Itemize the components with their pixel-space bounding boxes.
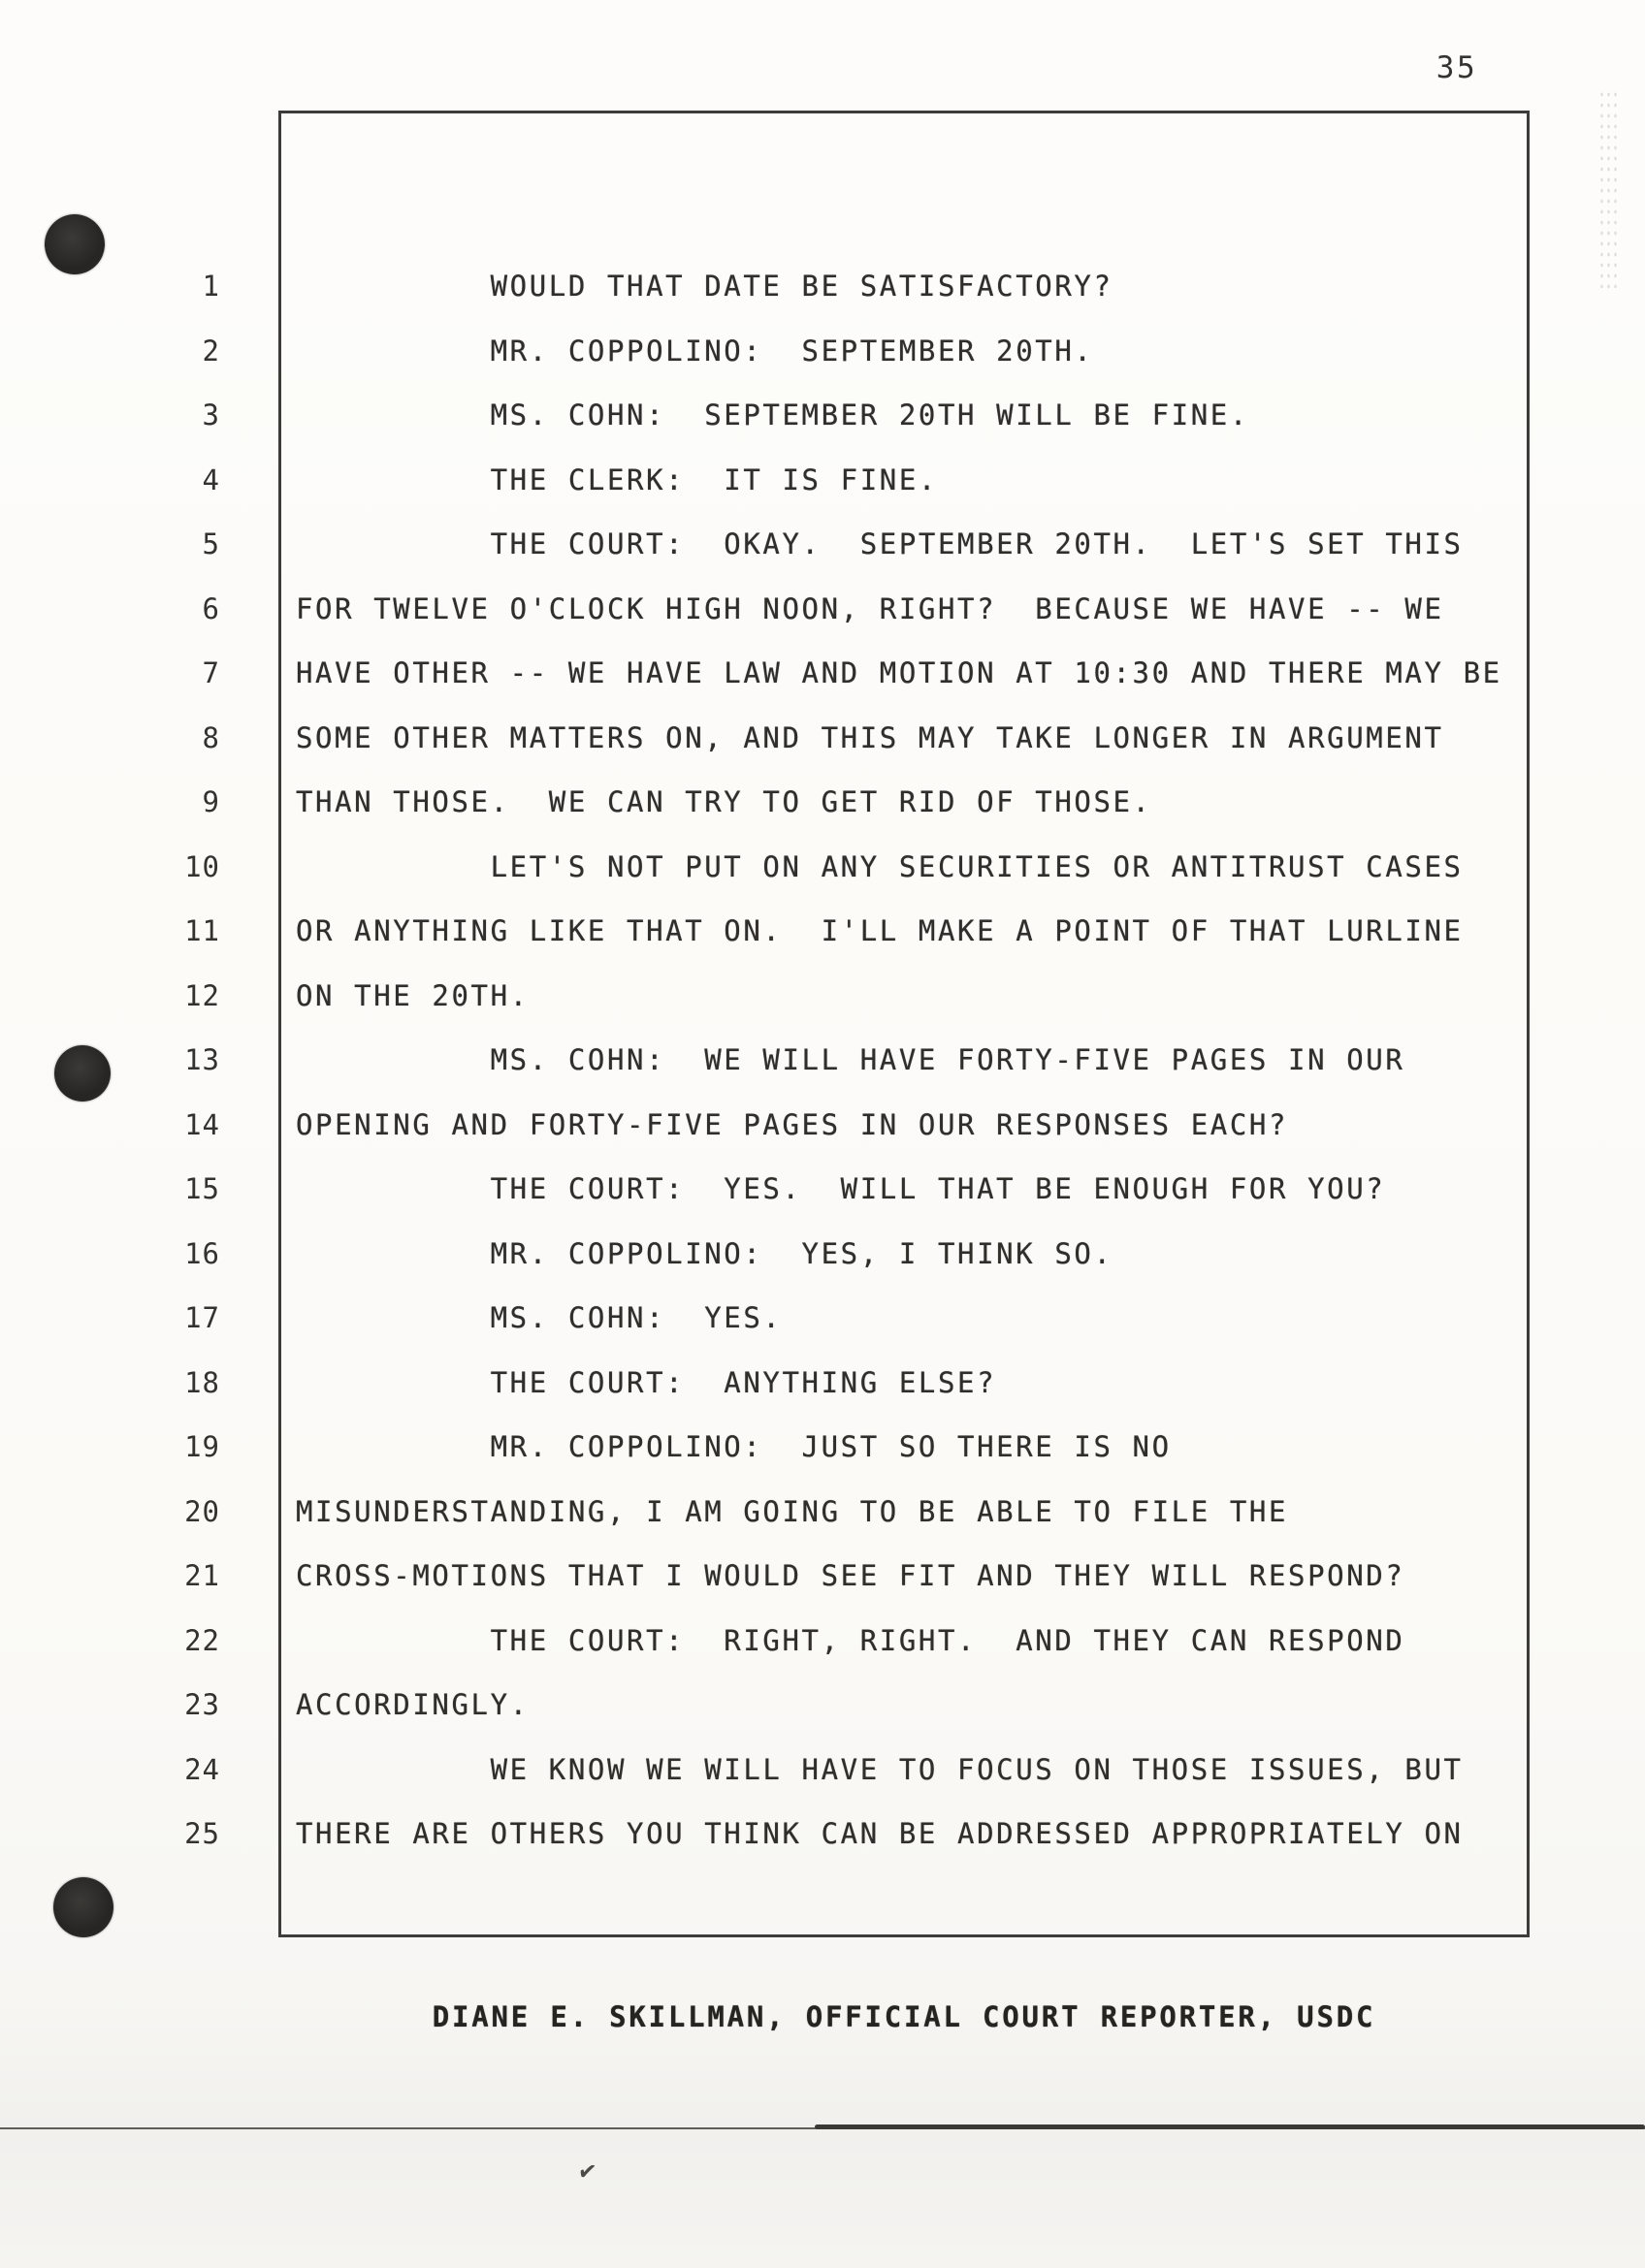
transcript-line: 13 MS. COHN: WE WILL HAVE FORTY-FIVE PAG… xyxy=(136,1028,1532,1093)
line-text: OPENING AND FORTY-FIVE PAGES IN OUR RESP… xyxy=(249,1093,1288,1158)
line-number: 2 xyxy=(136,319,249,384)
line-number: 25 xyxy=(136,1802,249,1867)
line-number: 3 xyxy=(136,383,249,448)
transcript-line: 17 MS. COHN: YES. xyxy=(136,1286,1532,1351)
transcript-lines: 1 WOULD THAT DATE BE SATISFACTORY?2 MR. … xyxy=(136,254,1532,1867)
transcript-page: 35 1 WOULD THAT DATE BE SATISFACTORY?2 M… xyxy=(0,0,1645,2268)
line-text: WOULD THAT DATE BE SATISFACTORY? xyxy=(249,254,1113,319)
line-text: THERE ARE OTHERS YOU THINK CAN BE ADDRES… xyxy=(249,1802,1464,1867)
line-number: 11 xyxy=(136,899,249,964)
transcript-line: 7HAVE OTHER -- WE HAVE LAW AND MOTION AT… xyxy=(136,641,1532,706)
transcript-line: 25THERE ARE OTHERS YOU THINK CAN BE ADDR… xyxy=(136,1802,1532,1867)
line-text: MS. COHN: SEPTEMBER 20TH WILL BE FINE. xyxy=(249,383,1249,448)
page-number: 35 xyxy=(1418,50,1496,85)
line-number: 24 xyxy=(136,1738,249,1803)
scan-edge-line-dark xyxy=(815,2124,1645,2129)
transcript-line: 22 THE COURT: RIGHT, RIGHT. AND THEY CAN… xyxy=(136,1609,1532,1674)
scan-mark-artifact: ✔ xyxy=(576,2157,598,2188)
line-number: 9 xyxy=(136,770,249,835)
transcript-line: 24 WE KNOW WE WILL HAVE TO FOCUS ON THOS… xyxy=(136,1738,1532,1803)
line-number: 15 xyxy=(136,1157,249,1222)
punch-hole-middle xyxy=(54,1045,111,1102)
line-number: 6 xyxy=(136,577,249,642)
line-text: LET'S NOT PUT ON ANY SECURITIES OR ANTIT… xyxy=(249,835,1464,900)
line-text: THE COURT: OKAY. SEPTEMBER 20TH. LET'S S… xyxy=(249,512,1464,577)
line-number: 21 xyxy=(136,1544,249,1609)
transcript-line: 1 WOULD THAT DATE BE SATISFACTORY? xyxy=(136,254,1532,319)
line-number: 4 xyxy=(136,448,249,513)
transcript-line: 10 LET'S NOT PUT ON ANY SECURITIES OR AN… xyxy=(136,835,1532,900)
scan-noise-artifact xyxy=(1598,89,1618,288)
transcript-line: 6FOR TWELVE O'CLOCK HIGH NOON, RIGHT? BE… xyxy=(136,577,1532,642)
line-text: SOME OTHER MATTERS ON, AND THIS MAY TAKE… xyxy=(249,706,1444,771)
line-text: WE KNOW WE WILL HAVE TO FOCUS ON THOSE I… xyxy=(249,1738,1464,1803)
line-number: 1 xyxy=(136,254,249,319)
punch-hole-bottom xyxy=(53,1877,113,1937)
line-text: FOR TWELVE O'CLOCK HIGH NOON, RIGHT? BEC… xyxy=(249,577,1444,642)
transcript-line: 15 THE COURT: YES. WILL THAT BE ENOUGH F… xyxy=(136,1157,1532,1222)
line-text: THE COURT: YES. WILL THAT BE ENOUGH FOR … xyxy=(249,1157,1385,1222)
transcript-line: 16 MR. COPPOLINO: YES, I THINK SO. xyxy=(136,1222,1532,1287)
transcript-line: 19 MR. COPPOLINO: JUST SO THERE IS NO xyxy=(136,1415,1532,1480)
line-text: MS. COHN: YES. xyxy=(249,1286,783,1351)
line-text: ON THE 20TH. xyxy=(249,964,530,1029)
line-text: MS. COHN: WE WILL HAVE FORTY-FIVE PAGES … xyxy=(249,1028,1404,1093)
line-number: 5 xyxy=(136,512,249,577)
line-text: MR. COPPOLINO: YES, I THINK SO. xyxy=(249,1222,1113,1287)
line-text: MR. COPPOLINO: JUST SO THERE IS NO xyxy=(249,1415,1172,1480)
line-number: 8 xyxy=(136,706,249,771)
line-text: MISUNDERSTANDING, I AM GOING TO BE ABLE … xyxy=(249,1480,1288,1545)
transcript-line: 21CROSS-MOTIONS THAT I WOULD SEE FIT AND… xyxy=(136,1544,1532,1609)
transcript-line: 14OPENING AND FORTY-FIVE PAGES IN OUR RE… xyxy=(136,1093,1532,1158)
transcript-line: 3 MS. COHN: SEPTEMBER 20TH WILL BE FINE. xyxy=(136,383,1532,448)
transcript-line: 12ON THE 20TH. xyxy=(136,964,1532,1029)
line-number: 12 xyxy=(136,964,249,1029)
transcript-line: 11OR ANYTHING LIKE THAT ON. I'LL MAKE A … xyxy=(136,899,1532,964)
line-text: THAN THOSE. WE CAN TRY TO GET RID OF THO… xyxy=(249,770,1152,835)
transcript-line: 2 MR. COPPOLINO: SEPTEMBER 20TH. xyxy=(136,319,1532,384)
line-text: MR. COPPOLINO: SEPTEMBER 20TH. xyxy=(249,319,1093,384)
transcript-line: 23ACCORDINGLY. xyxy=(136,1673,1532,1738)
transcript-line: 5 THE COURT: OKAY. SEPTEMBER 20TH. LET'S… xyxy=(136,512,1532,577)
punch-hole-top xyxy=(45,214,105,274)
line-number: 10 xyxy=(136,835,249,900)
transcript-line: 20MISUNDERSTANDING, I AM GOING TO BE ABL… xyxy=(136,1480,1532,1545)
transcript-line: 9THAN THOSE. WE CAN TRY TO GET RID OF TH… xyxy=(136,770,1532,835)
line-number: 16 xyxy=(136,1222,249,1287)
reporter-footer: DIANE E. SKILLMAN, OFFICIAL COURT REPORT… xyxy=(278,2000,1530,2033)
line-number: 19 xyxy=(136,1415,249,1480)
line-text: ACCORDINGLY. xyxy=(249,1673,530,1738)
line-number: 20 xyxy=(136,1480,249,1545)
line-number: 18 xyxy=(136,1351,249,1416)
line-text: CROSS-MOTIONS THAT I WOULD SEE FIT AND T… xyxy=(249,1544,1404,1609)
line-text: HAVE OTHER -- WE HAVE LAW AND MOTION AT … xyxy=(249,641,1502,706)
line-number: 22 xyxy=(136,1609,249,1674)
line-text: THE COURT: RIGHT, RIGHT. AND THEY CAN RE… xyxy=(249,1609,1404,1674)
line-text: THE CLERK: IT IS FINE. xyxy=(249,448,938,513)
line-number: 14 xyxy=(136,1093,249,1158)
transcript-line: 8SOME OTHER MATTERS ON, AND THIS MAY TAK… xyxy=(136,706,1532,771)
transcript-line: 4 THE CLERK: IT IS FINE. xyxy=(136,448,1532,513)
line-text: THE COURT: ANYTHING ELSE? xyxy=(249,1351,996,1416)
line-text: OR ANYTHING LIKE THAT ON. I'LL MAKE A PO… xyxy=(249,899,1464,964)
line-number: 17 xyxy=(136,1286,249,1351)
transcript-line: 18 THE COURT: ANYTHING ELSE? xyxy=(136,1351,1532,1416)
line-number: 7 xyxy=(136,641,249,706)
line-number: 23 xyxy=(136,1673,249,1738)
line-number: 13 xyxy=(136,1028,249,1093)
